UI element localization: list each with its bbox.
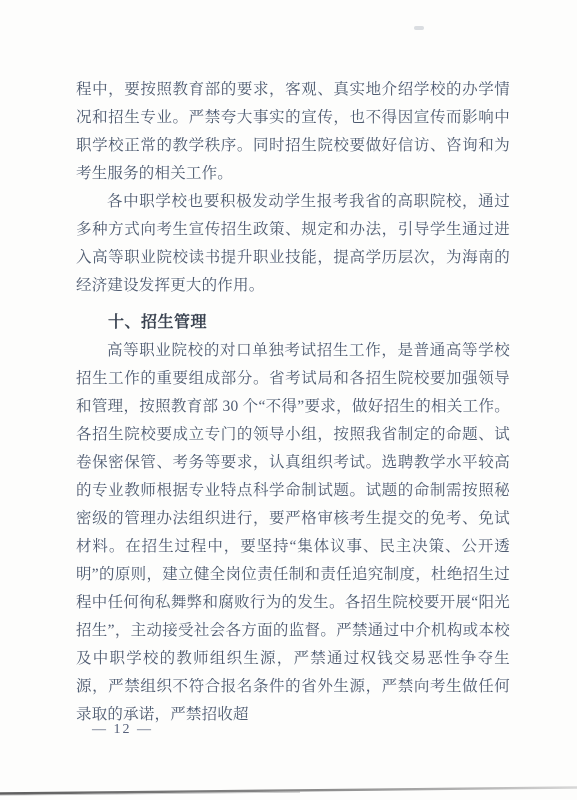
paragraph: 各中职学校也要积极发动学生报考我省的高职院校，通过多种方式向考生宣传招生政策、规… <box>76 188 510 300</box>
document-page: 程中，要按照教育部的要求，客观、真实地介绍学校的办学情况和招生专业。严禁夸大事实… <box>0 0 577 800</box>
paragraph-continuation: 程中，要按照教育部的要求，客观、真实地介绍学校的办学情况和招生专业。严禁夸大事实… <box>76 76 510 188</box>
scan-artifact-speck <box>414 26 424 30</box>
paragraph: 高等职业院校的对口单独考试招生工作，是普通高等学校招生工作的重要组成部分。省考试… <box>76 337 510 729</box>
page-number: — 12 — <box>92 720 153 740</box>
page-edge-line <box>0 782 577 800</box>
document-body: 程中，要按照教育部的要求，客观、真实地介绍学校的办学情况和招生专业。严禁夸大事实… <box>76 76 510 729</box>
section-heading: 十、招生管理 <box>76 309 510 337</box>
